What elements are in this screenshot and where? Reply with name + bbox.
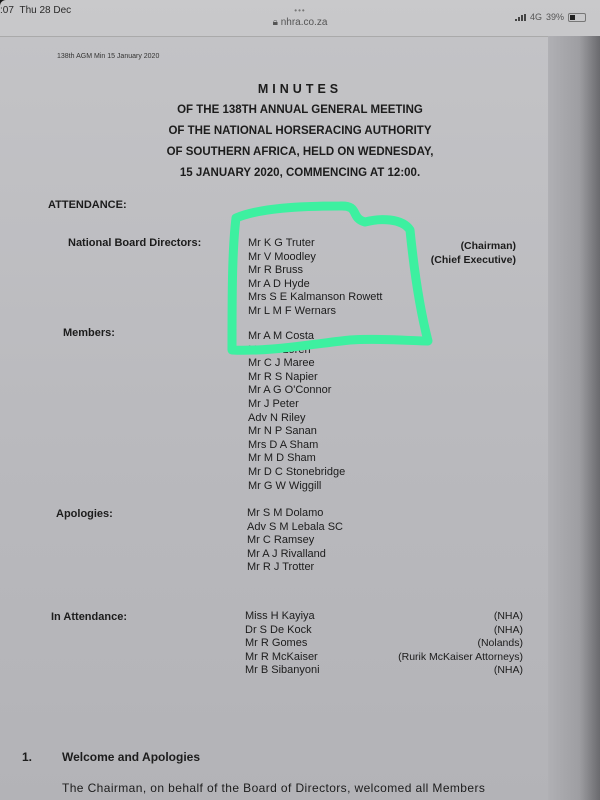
apology-name: Mr C Ramsey: [247, 534, 343, 548]
in-attendance-label: In Attendance:: [51, 611, 127, 623]
director-name: Mr K G Truter: [248, 237, 383, 251]
member-name: Mrs D A Sham: [248, 439, 345, 453]
attendee-organisation: (NHA): [330, 664, 523, 678]
apology-name: Mr R J Trotter: [247, 561, 343, 575]
section-number: 1.: [22, 750, 32, 764]
attendee-name: Mr B Sibanyoni: [245, 664, 320, 678]
apology-name: Adv S M Lebala SC: [247, 521, 343, 535]
member-name: Mr A M Costa: [248, 330, 345, 344]
director-name: Mr V Moodley: [248, 251, 383, 265]
director-roles: (Chairman)(Chief Executive): [400, 240, 516, 267]
apologies-list: Mr S M DolamoAdv S M Lebala SCMr C Ramse…: [247, 507, 343, 575]
director-role: (Chairman): [400, 240, 516, 254]
directors-list: Mr K G TruterMr V MoodleyMr R BrussMr A …: [248, 237, 383, 319]
member-name: Adv N Riley: [248, 412, 345, 426]
section-title: Welcome and Apologies: [62, 750, 200, 764]
subtitle-line: OF THE NATIONAL HORSERACING AUTHORITY: [100, 121, 500, 142]
in-attendance-orgs: (NHA)(NHA)(Nolands)(Rurik McKaiser Attor…: [330, 610, 523, 678]
member-name: Mr G W Wiggill: [248, 480, 345, 494]
minutes-title-block: MINUTES OF THE 138TH ANNUAL GENERAL MEET…: [100, 82, 500, 184]
in-attendance-list: Miss H KayiyaDr S De KockMr R GomesMr R …: [245, 610, 320, 678]
members-list: Mr A M CostaMr F L LorenMr C J MareeMr R…: [248, 330, 345, 493]
member-name: Mr F L Loren: [248, 344, 345, 358]
attendance-heading: ATTENDANCE:: [48, 199, 127, 211]
member-name: Mr R S Napier: [248, 371, 345, 385]
apology-name: Mr A J Rivalland: [247, 548, 343, 562]
director-role: (Chief Executive): [400, 254, 516, 268]
director-name: Mr L M F Wernars: [248, 305, 383, 319]
member-name: Mr A G O'Connor: [248, 384, 345, 398]
tablet-screen: :07 Thu 28 Dec ••• 🔒︎ nhra.co.za 4G 39% …: [0, 0, 600, 800]
attendee-name: Mr R McKaiser: [245, 651, 320, 665]
member-name: Mr C J Maree: [248, 357, 345, 371]
member-name: Mr N P Sanan: [248, 425, 345, 439]
attendee-name: Miss H Kayiya: [245, 610, 320, 624]
director-name: Mr A D Hyde: [248, 278, 383, 292]
member-name: Mr J Peter: [248, 398, 345, 412]
apologies-label: Apologies:: [56, 508, 113, 520]
document-content: 138th AGM Min 15 January 2020 MINUTES OF…: [0, 0, 600, 800]
apology-name: Mr S M Dolamo: [247, 507, 343, 521]
attendee-organisation: (NHA): [330, 624, 523, 638]
attendee-organisation: (Rurik McKaiser Attorneys): [330, 651, 523, 665]
attendee-name: Dr S De Kock: [245, 624, 320, 638]
document-title: MINUTES: [100, 82, 500, 96]
directors-label: National Board Directors:: [68, 237, 201, 249]
subtitle-line: OF THE 138TH ANNUAL GENERAL MEETING: [100, 100, 500, 121]
members-label: Members:: [63, 327, 115, 339]
director-name: Mr R Bruss: [248, 264, 383, 278]
attendee-organisation: (NHA): [330, 610, 523, 624]
subtitle-line: 15 JANUARY 2020, COMMENCING AT 12:00.: [100, 163, 500, 184]
director-name: Mrs S E Kalmanson Rowett: [248, 291, 383, 305]
page-header-note: 138th AGM Min 15 January 2020: [57, 53, 159, 60]
attendee-name: Mr R Gomes: [245, 637, 320, 651]
subtitle-line: OF SOUTHERN AFRICA, HELD ON WEDNESDAY,: [100, 142, 500, 163]
attendee-organisation: (Nolands): [330, 637, 523, 651]
member-name: Mr D C Stonebridge: [248, 466, 345, 480]
section-paragraph: The Chairman, on behalf of the Board of …: [62, 781, 485, 795]
member-name: Mr M D Sham: [248, 452, 345, 466]
